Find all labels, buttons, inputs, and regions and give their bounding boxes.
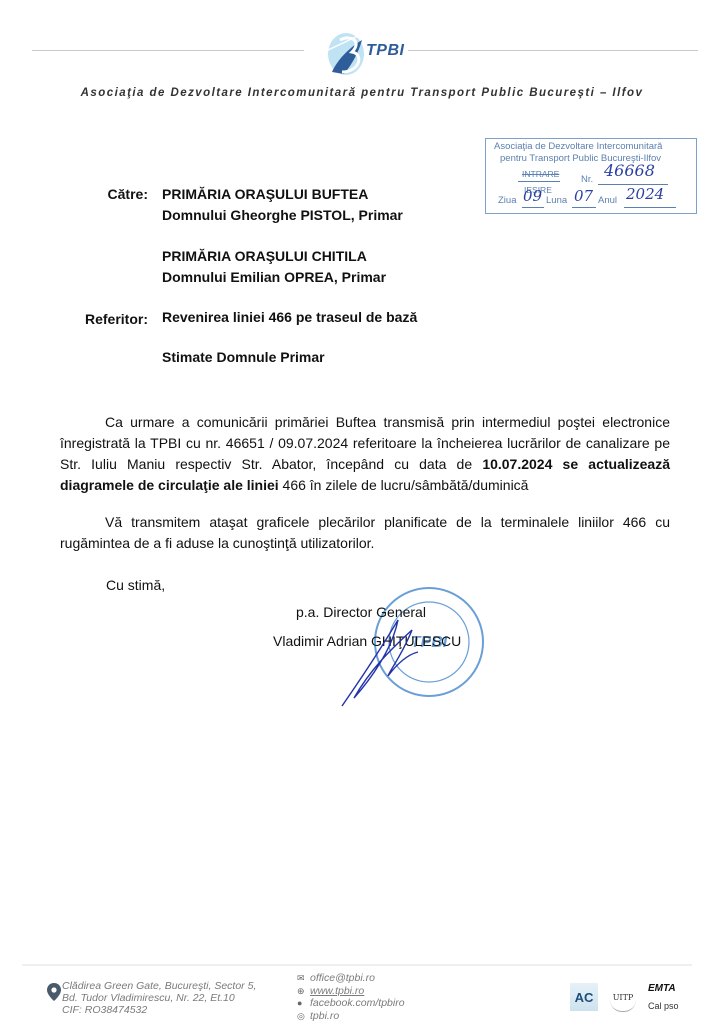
recipient-2-person: Domnului Emilian OPREA, Primar [162, 269, 386, 285]
to-label: Către: [58, 186, 148, 202]
closing: Cu stimă, [106, 577, 165, 593]
header-divider-right [408, 50, 698, 51]
stamp-ziua-value: 09 [523, 187, 542, 205]
stamp-anul-value: 2024 [626, 185, 664, 203]
stamp-anul-label: Anul [598, 195, 617, 206]
body-p2-text: Vă transmitem ataşat graficele plecărilo… [60, 514, 670, 551]
website-link[interactable]: www.tpbi.ro [310, 985, 364, 998]
stamp-luna-value: 07 [574, 187, 593, 205]
stamp-luna-label: Luna [546, 195, 567, 206]
location-pin-icon [47, 983, 61, 1001]
stamp-ziua-label: Ziua [498, 195, 516, 206]
subject-label: Referitor: [58, 311, 148, 327]
footer-divider [22, 964, 692, 966]
registration-stamp: Asociaţia de Dezvoltare Intercomunitară … [485, 138, 697, 214]
instagram-link[interactable]: tpbi.ro [310, 1010, 339, 1023]
globe-icon: ⊕ [297, 985, 307, 998]
header-divider-left [32, 50, 304, 51]
organization-name: Asociaţia de Dezvoltare Intercomunitară … [0, 87, 724, 99]
partner-logo-uitp: UITP [610, 985, 636, 1012]
body-paragraph-1: Ca urmare a comunicării primăriei Buftea… [60, 412, 670, 496]
stamp-anul-underline [624, 207, 676, 208]
recipient-1-institution: PRIMĂRIA ORAŞULUI BUFTEA [162, 186, 368, 202]
salutation: Stimate Domnule Primar [162, 349, 325, 365]
stamp-ziua-underline [522, 207, 544, 208]
stamp-luna-underline [572, 207, 596, 208]
footer-address: Clădirea Green Gate, Bucureşti, Sector 5… [62, 980, 256, 1016]
facebook-icon: ● [297, 997, 307, 1010]
facebook-link[interactable]: facebook.com/tpbiro [310, 997, 405, 1010]
email-icon: ✉ [297, 972, 307, 985]
recipient-2-institution: PRIMĂRIA ORAŞULUI CHITILA [162, 248, 367, 264]
stamp-org-line1: Asociaţia de Dezvoltare Intercomunitară [494, 141, 694, 152]
address-line-2: Bd. Tudor Vladimirescu, Nr. 22, Et.10 [62, 992, 256, 1004]
partner-logo-ac: AC [570, 983, 598, 1011]
stamp-org-line2: pentru Transport Public Bucureşti-Ilfov [500, 153, 700, 164]
footer-contacts: ✉office@tpbi.ro ⊕www.tpbi.ro ●facebook.c… [297, 972, 405, 1022]
logo-text: TPBI [366, 42, 404, 60]
recipient-1-person: Domnului Gheorghe PISTOL, Primar [162, 207, 403, 223]
address-cif: CIF: RO38474532 [62, 1004, 256, 1016]
stamp-divider [518, 181, 560, 182]
partner-logo-calypso: Cal pso [648, 1001, 679, 1011]
email-link[interactable]: office@tpbi.ro [310, 972, 375, 985]
body-paragraph-2: Vă transmitem ataşat graficele plecărilo… [60, 512, 670, 554]
stamp-nr-value: 46668 [604, 161, 655, 180]
body-p1-end: 466 în zilele de lucru/sâmbătă/duminică [279, 477, 529, 493]
handwritten-signature-icon [330, 610, 440, 710]
stamp-intrare-label: INTRARE [522, 169, 559, 179]
address-line-1: Clădirea Green Gate, Bucureşti, Sector 5… [62, 980, 256, 992]
subject-text: Revenirea liniei 466 pe traseul de bază [162, 309, 417, 325]
stamp-nr-label: Nr. [581, 174, 593, 185]
instagram-icon: ◎ [297, 1010, 307, 1023]
partner-logo-emta: EMTA [648, 983, 676, 994]
